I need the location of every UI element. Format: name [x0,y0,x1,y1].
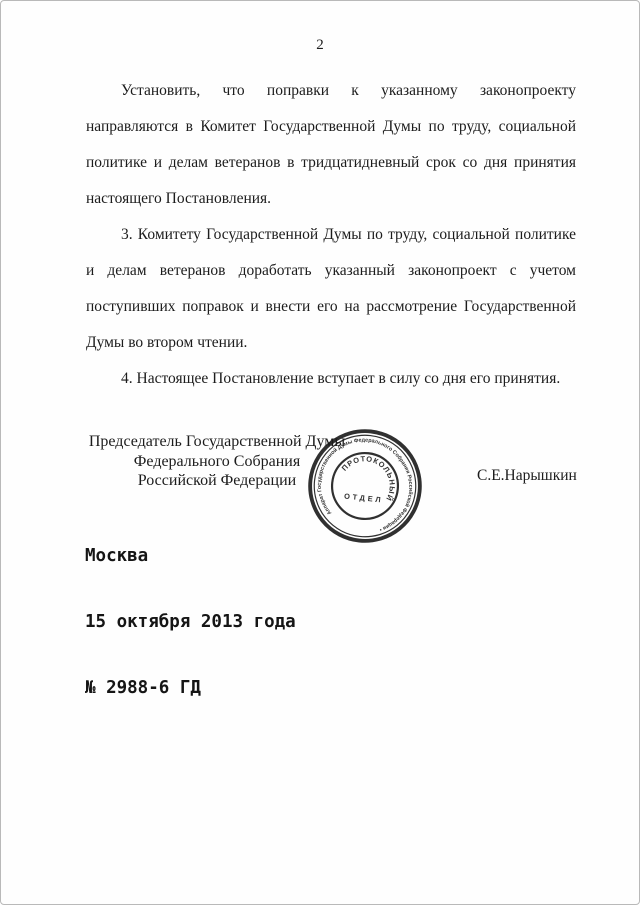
issuance-block: Москва 15 октября 2013 года № 2988-6 ГД [85,501,296,743]
issuance-city: Москва [85,545,296,567]
protocol-department-stamp-icon: Аппарат Государственной Думы Федеральног… [295,416,436,557]
resolution-body: Установить, что поправки к указанному за… [86,73,576,397]
issuance-date: 15 октября 2013 года [85,611,296,633]
issuance-number: № 2988-6 ГД [85,677,296,699]
signatory-name: С.Е.Нарышкин [477,467,577,485]
paragraph-item-4: 4. Настоящее Постановление вступает в си… [86,361,576,397]
stamp-center-line2: ОТДЕЛ [344,492,384,505]
paragraph-item-2-continuation: Установить, что поправки к указанному за… [86,73,576,217]
paragraph-item-3: 3. Комитету Государственной Думы по труд… [86,217,576,361]
document-page: 2 Установить, что поправки к указанному … [0,0,640,905]
page-number: 2 [1,37,639,54]
